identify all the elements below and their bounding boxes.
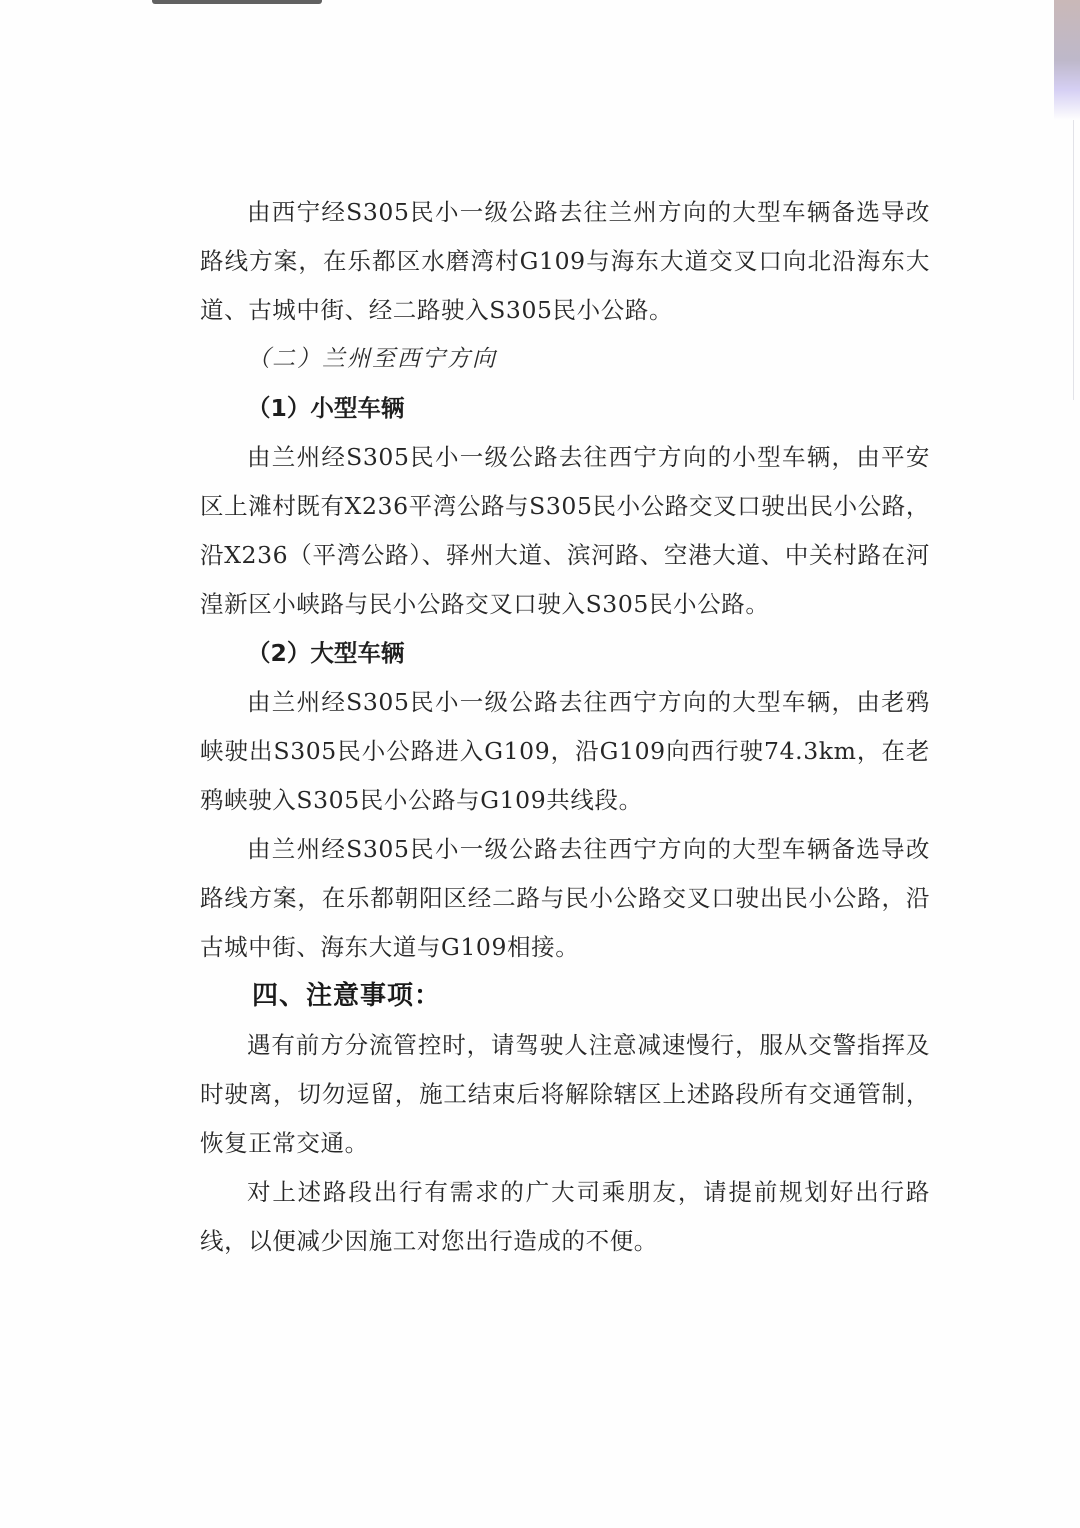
- scan-edge-shadow: [1054, 0, 1080, 120]
- subheading-lanzhou-to-xining: （二）兰州至西宁方向: [200, 335, 930, 384]
- heading-large-vehicles: （2）大型车辆: [200, 629, 930, 678]
- document-body: 由西宁经S305民小一级公路去往兰州方向的大型车辆备选导改路线方案，在乐都区水磨…: [200, 188, 930, 1266]
- paragraph-small-vehicle-route: 由兰州经S305民小一级公路去往西宁方向的小型车辆，由平安区上滩村既有X236平…: [200, 433, 930, 629]
- paragraph-large-vehicle-route: 由兰州经S305民小一级公路去往西宁方向的大型车辆，由老鸦峡驶出S305民小公路…: [200, 678, 930, 825]
- scan-edge-line: [1073, 120, 1074, 400]
- paragraph-large-vehicle-alt-route: 由兰州经S305民小一级公路去往西宁方向的大型车辆备选导改路线方案，在乐都朝阳区…: [200, 825, 930, 972]
- section-heading-notes: 四、注意事项：: [200, 972, 930, 1021]
- paragraph-traffic-control-notice: 遇有前方分流管控时，请驾驶人注意减速慢行，服从交警指挥及时驶离，切勿逗留，施工结…: [200, 1021, 930, 1168]
- paragraph-plan-ahead-notice: 对上述路段出行有需求的广大司乘朋友，请提前规划好出行路线，以便减少因施工对您出行…: [200, 1168, 930, 1266]
- heading-small-vehicles: （1）小型车辆: [200, 384, 930, 433]
- scan-artifact-top: [152, 0, 322, 4]
- document-page: 由西宁经S305民小一级公路去往兰州方向的大型车辆备选导改路线方案，在乐都区水磨…: [0, 0, 1080, 1528]
- paragraph-xining-large-vehicle-alt-route: 由西宁经S305民小一级公路去往兰州方向的大型车辆备选导改路线方案，在乐都区水磨…: [200, 188, 930, 335]
